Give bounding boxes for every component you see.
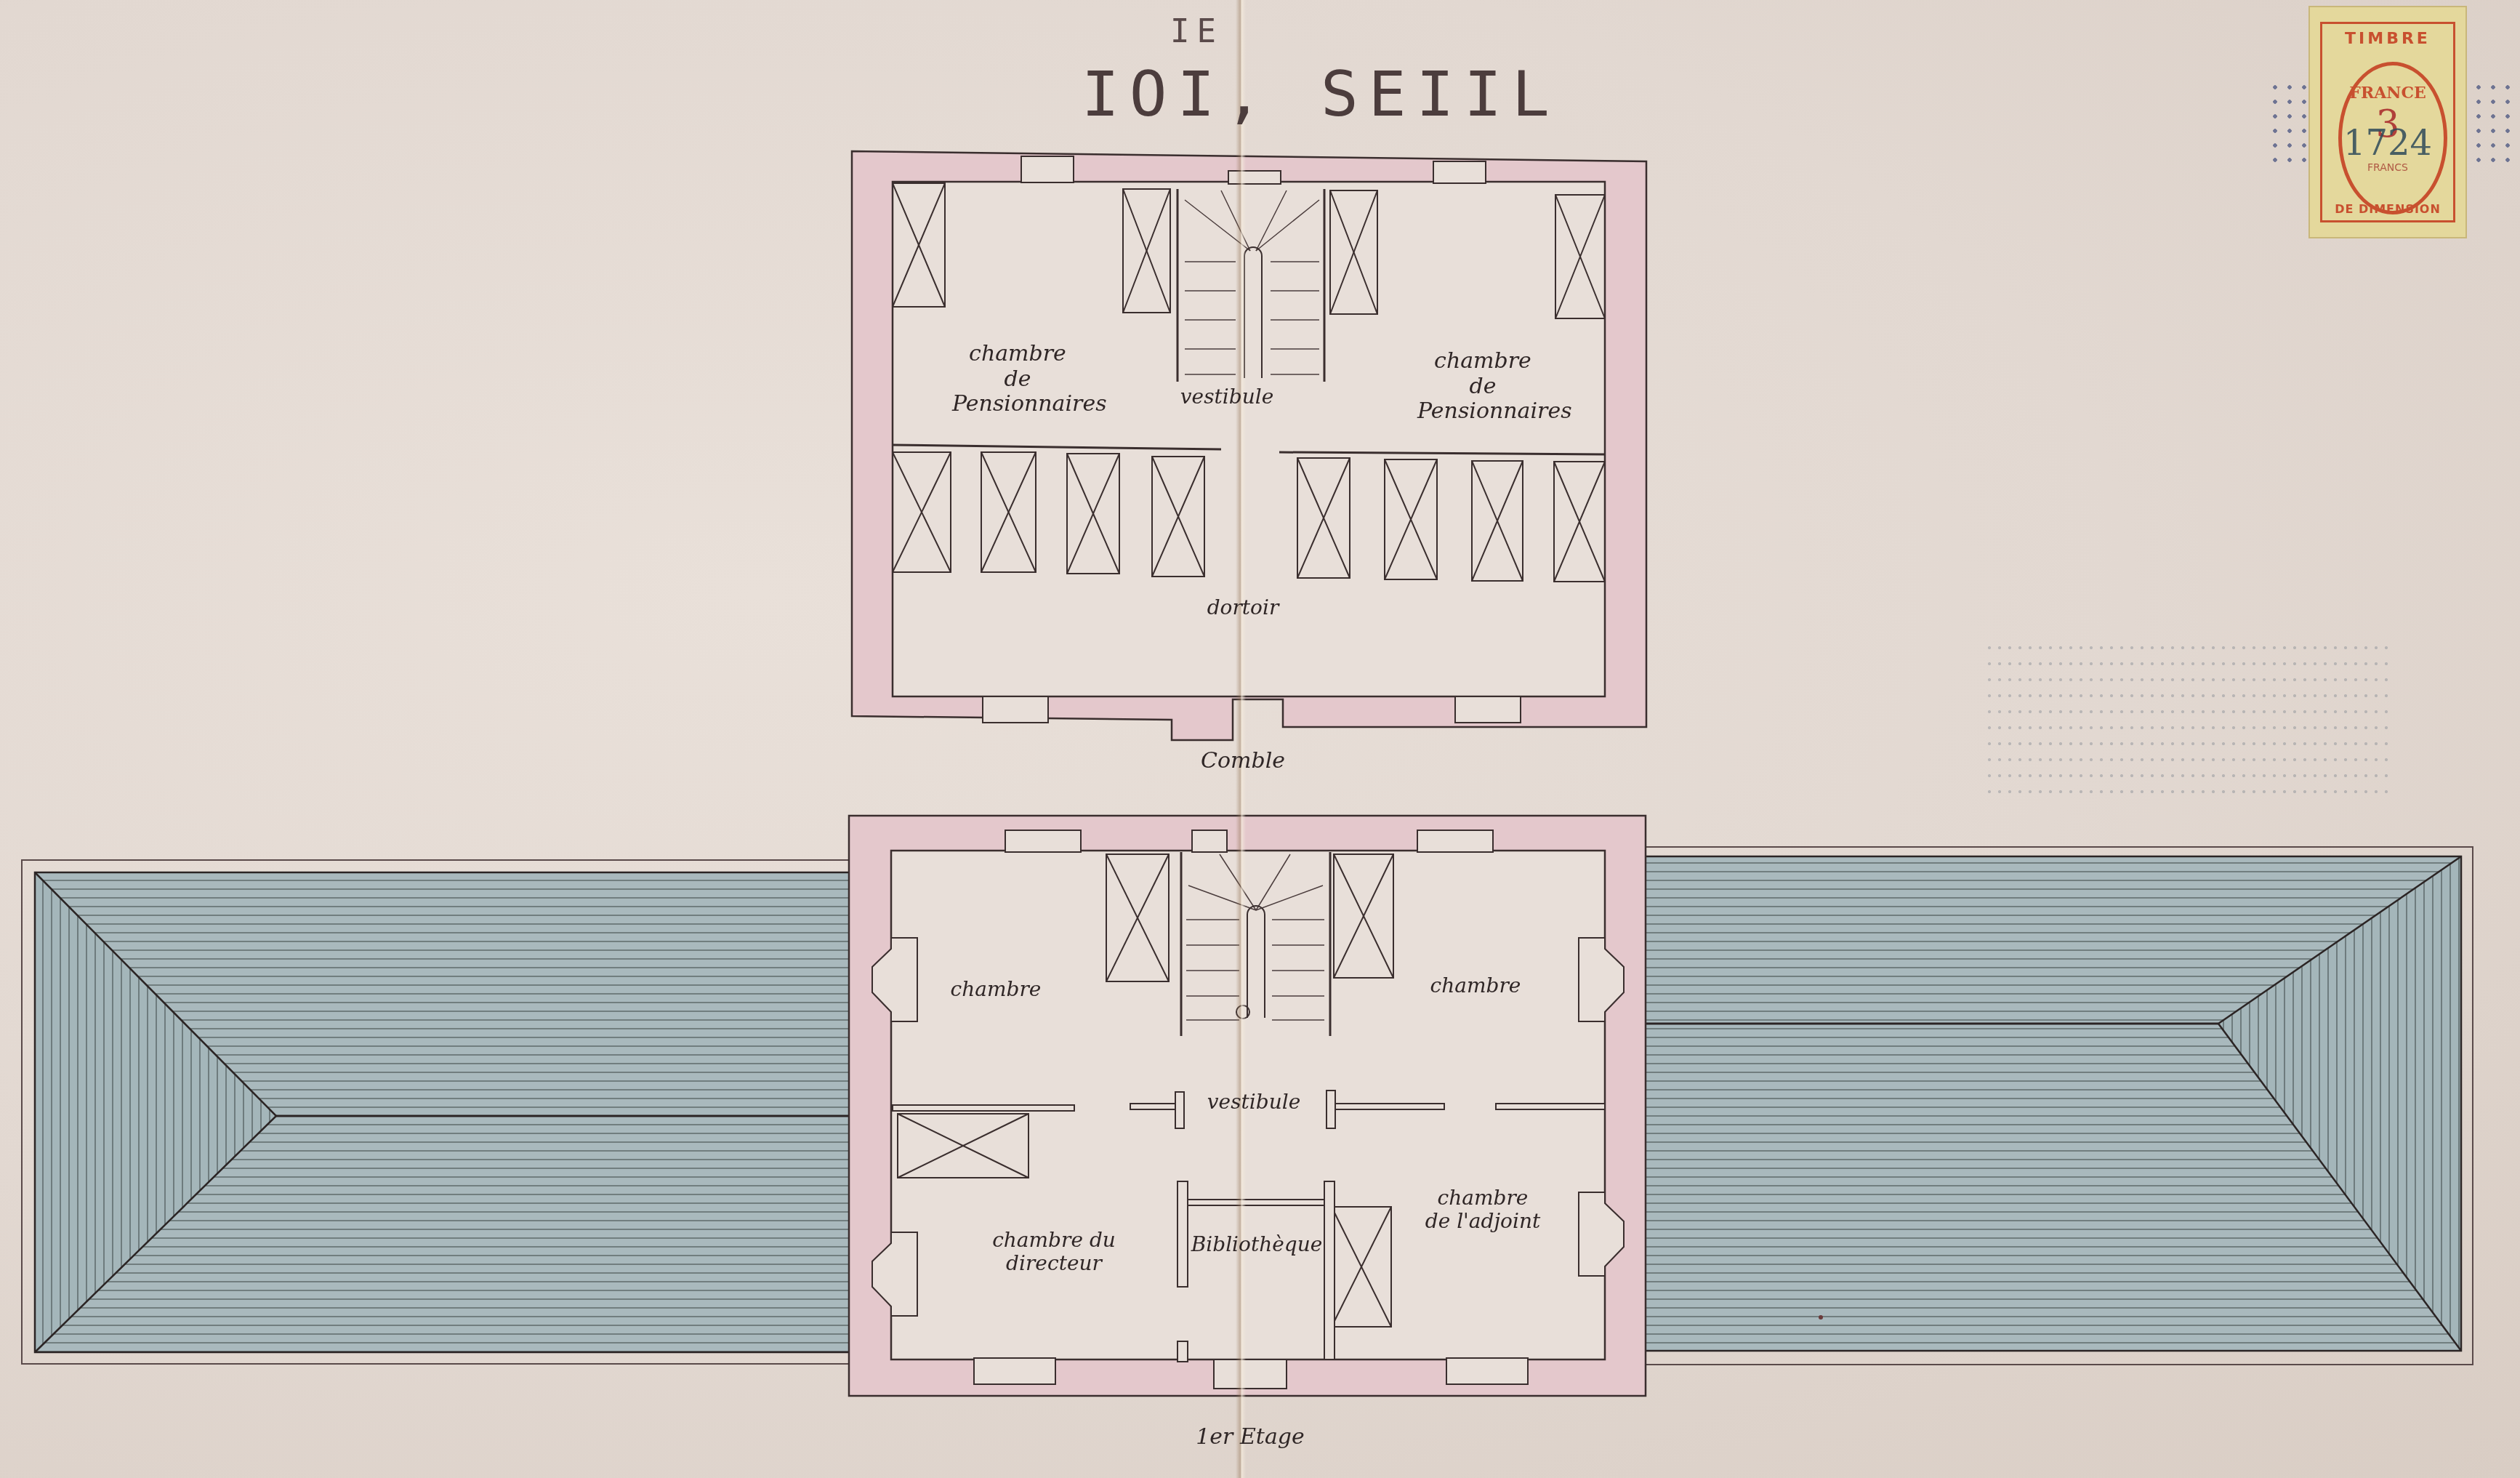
stamp-unit: FRANCS (2322, 162, 2453, 174)
revenue-stamp: TIMBRE FRANCE 3 1724 FRANCS DE DIMENSION (2308, 6, 2467, 238)
page-title: IOI, SEIIL (1082, 58, 1560, 131)
upper-plan-comble (852, 151, 1646, 740)
stamp-header: TIMBRE (2322, 30, 2453, 48)
left-roof-wing (22, 860, 856, 1364)
room-label-vestibule-lower: vestibule (1185, 1091, 1323, 1114)
room-label-chambre-right: chambre (1425, 974, 1526, 997)
stamp-overprint: 1724 (2322, 123, 2453, 164)
faded-ink-stamp (1984, 640, 2391, 800)
right-roof-wing (1644, 847, 2473, 1365)
room-label-bibliotheque: Bibliothèque (1189, 1233, 1324, 1256)
room-label-chambre-pensionnaires-left: chambre de Pensionnaires (952, 342, 1083, 417)
stamp-country: FRANCE (2322, 84, 2453, 103)
stamp-frame: TIMBRE FRANCE 3 1724 FRANCS DE DIMENSION (2320, 22, 2455, 222)
room-label-chambre-pensionnaires-right: chambre de Pensionnaires (1417, 349, 1548, 425)
title-prefix: IE (1170, 13, 1223, 50)
caption-1er-etage: 1er Etage (1178, 1425, 1323, 1450)
drawing-sheet: IE IOI, SEIIL chambre de Pensionnaires v… (0, 0, 2520, 1478)
stamp-footer: DE DIMENSION (2322, 202, 2453, 216)
caption-comble: Comble (1192, 749, 1294, 774)
room-label-chambre-directeur: chambre du directeur (945, 1229, 1163, 1275)
room-label-chambre-left: chambre (945, 978, 1047, 1001)
room-label-vestibule-upper: vestibule (1169, 385, 1285, 409)
room-label-dortoir: dortoir (1192, 596, 1294, 619)
room-label-chambre-adjoint: chambre de l'adjoint (1425, 1186, 1541, 1233)
